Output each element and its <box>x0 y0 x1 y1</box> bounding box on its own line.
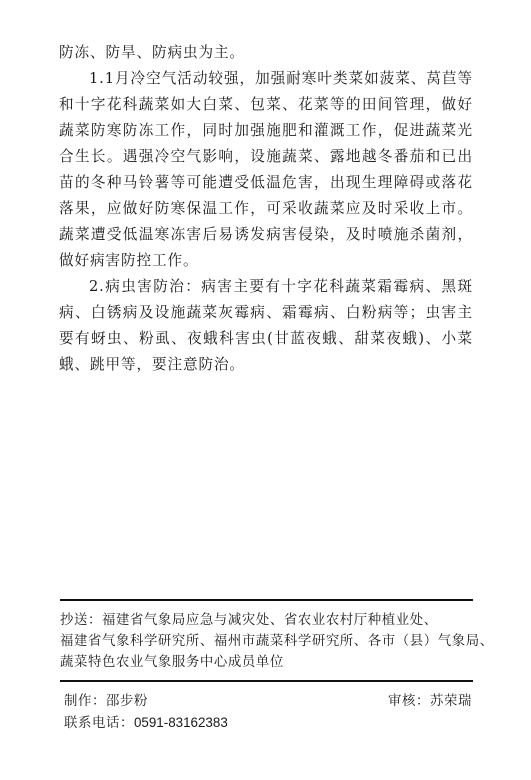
paragraph-pest-control: 2.病虫害防治：病害主要有十字花科蔬菜霜霉病、黑斑病、白锈病及设施蔬菜灰霉病、霜… <box>59 274 473 378</box>
paragraph-intro-tail: 防冻、防旱、防病虫为主。 <box>59 40 473 66</box>
cc-line-1: 抄送：福建省气象局应急与减灾处、省农业农村厅种植业处、 <box>60 610 474 631</box>
document-page: 防冻、防旱、防病虫为主。 1.1月冷空气活动较强，加强耐寒叶类菜如菠菜、莴苣等和… <box>0 0 531 780</box>
divider-bottom <box>60 680 473 682</box>
phone-label: 联系电话： <box>64 716 134 731</box>
phone-number: 0591-83162383 <box>134 715 228 730</box>
footer-credits-row: 制作：邵步粉 审核：苏荣瑞 <box>64 692 472 713</box>
reviewer-label: 审核：苏荣瑞 <box>388 692 472 713</box>
producer-label: 制作：邵步粉 <box>64 692 148 713</box>
paragraph-cold-air-management: 1.1月冷空气活动较强，加强耐寒叶类菜如菠菜、莴苣等和十字花科蔬菜如大白菜、包菜… <box>59 66 473 274</box>
contact-phone: 联系电话：0591-83162383 <box>64 713 228 735</box>
cc-line-3: 蔬菜特色农业气象服务中心成员单位 <box>60 652 474 673</box>
cc-distribution-list: 抄送：福建省气象局应急与减灾处、省农业农村厅种植业处、 福建省气象科学研究所、福… <box>60 610 474 673</box>
footer-contact-row: 联系电话：0591-83162383 <box>64 713 472 735</box>
footer: 制作：邵步粉 审核：苏荣瑞 联系电话：0591-83162383 <box>64 692 472 734</box>
body-text: 防冻、防旱、防病虫为主。 1.1月冷空气活动较强，加强耐寒叶类菜如菠菜、莴苣等和… <box>59 40 473 378</box>
divider-top <box>60 599 473 601</box>
cc-line-2: 福建省气象科学研究所、福州市蔬菜科学研究所、各市（县）气象局、 <box>60 631 474 652</box>
